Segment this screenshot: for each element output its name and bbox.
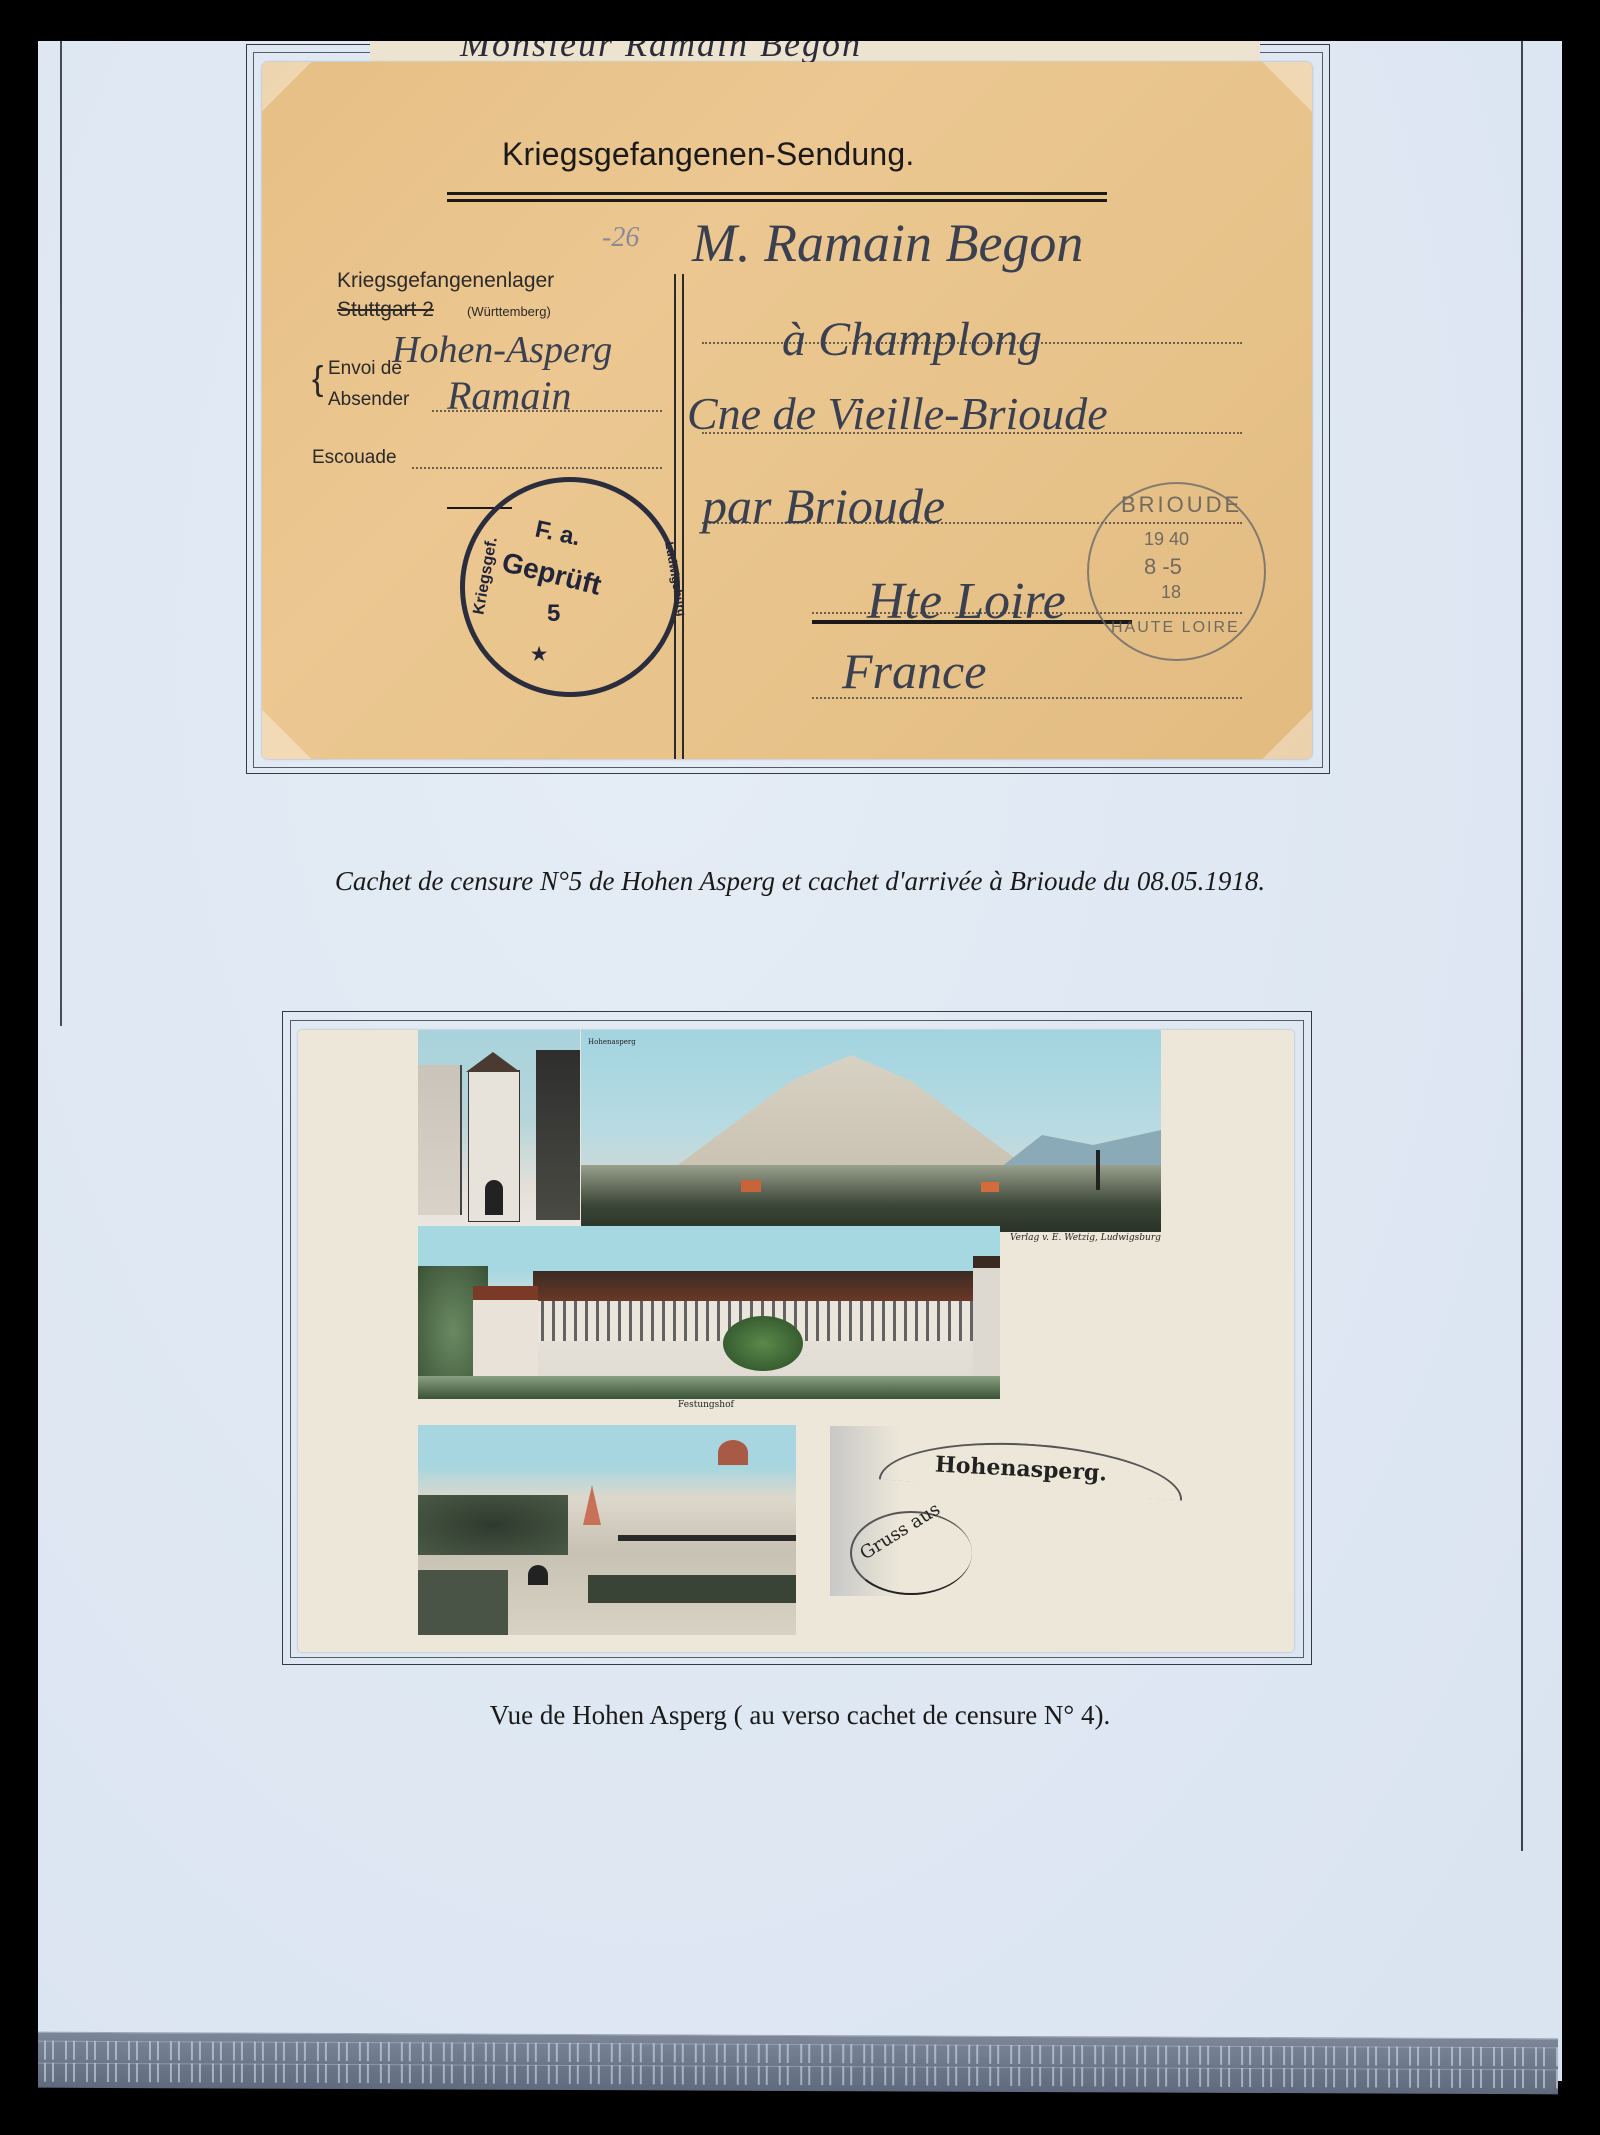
courtyard-label: Festungshof: [678, 1400, 734, 1410]
address-line2: à Champlong: [782, 312, 1042, 367]
card-header: Kriegsgefangenen-Sendung.: [502, 136, 914, 173]
address-line6: France: [842, 642, 986, 700]
right-margin-line: [1521, 41, 1523, 1851]
envoi-label: Envoi de: [328, 358, 402, 380]
view-fortress-walls: [418, 1425, 796, 1635]
underlying-card-strip: Monsieur Ramain Begon: [370, 41, 1260, 63]
postmark-region: HAUTE LOIRE: [1111, 619, 1240, 637]
camp-region: (Württemberg): [467, 304, 551, 319]
censor-stamp: Kriegsgef. Ludwigsburg F. a. Geprüft 5 ★: [460, 477, 680, 697]
camp-label: Kriegsgefangenenlager: [337, 269, 554, 293]
caption-card1: Cachet de censure N°5 de Hohen Asperg et…: [0, 866, 1600, 897]
address-line3: Cne de Vieille-Brioude: [687, 387, 1108, 440]
address-line1: M. Ramain Begon: [692, 212, 1083, 274]
postmark-town: BRIOUDE: [1121, 492, 1242, 518]
view-town-gate: [418, 1030, 580, 1255]
publisher-imprint: Verlag v. E. Wetzig, Ludwigsburg: [1010, 1233, 1161, 1243]
photo-corner: [262, 710, 311, 759]
card-divider: [674, 274, 684, 759]
photo-corner: [1263, 710, 1312, 759]
pow-postcard: Kriegsgefangenen-Sendung. -26 Kriegsgefa…: [262, 62, 1312, 759]
view-fortress-courtyard: [418, 1226, 1000, 1399]
censor-line3: 5: [547, 600, 560, 628]
absender-handwritten: Ramain: [447, 372, 571, 419]
postmark-date: 8 -5: [1144, 554, 1182, 580]
picture-postcard: Verlag v. E. Wetzig, Ludwigsburg Hohenas…: [298, 1030, 1294, 1652]
underlying-card-script: Monsieur Ramain Begon: [460, 41, 862, 63]
camp-printed-struck: Stuttgart 2: [337, 298, 434, 322]
censor-star-icon: ★: [531, 644, 547, 665]
sleeve-binding-strip: [38, 2032, 1558, 2095]
pencil-note: -26: [602, 222, 639, 254]
header-rule: [447, 192, 1107, 195]
address-line4: par Brioude: [702, 477, 945, 535]
brace: {: [312, 360, 323, 399]
caption-card2: Vue de Hohen Asperg ( au verso cachet de…: [0, 1700, 1600, 1731]
view-hohenasperg-hill: [581, 1030, 1161, 1232]
postmark-time: 19 40: [1144, 529, 1189, 550]
hill-view-label: Hohenasperg: [588, 1038, 636, 1046]
address-line5: Hte Loire: [867, 572, 1066, 631]
header-rule: [447, 199, 1107, 202]
camp-handwritten: Hohen-Asperg: [392, 328, 612, 372]
censor-ring-left: Kriegsgef.: [470, 536, 501, 616]
escouade-label: Escouade: [312, 447, 397, 469]
absender-label: Absender: [328, 389, 409, 411]
escouade-line: [412, 467, 662, 469]
arrival-postmark: BRIOUDE 19 40 8 -5 18 HAUTE LOIRE: [1087, 482, 1266, 661]
photo-corner: [1263, 62, 1312, 111]
photo-corner: [262, 62, 311, 111]
censor-line1: F. a.: [533, 516, 583, 553]
postmark-year: 18: [1161, 582, 1181, 603]
greeting-banner: Hohenasperg. Gruss aus: [830, 1426, 1185, 1611]
censor-line2: Geprüft: [499, 546, 605, 602]
